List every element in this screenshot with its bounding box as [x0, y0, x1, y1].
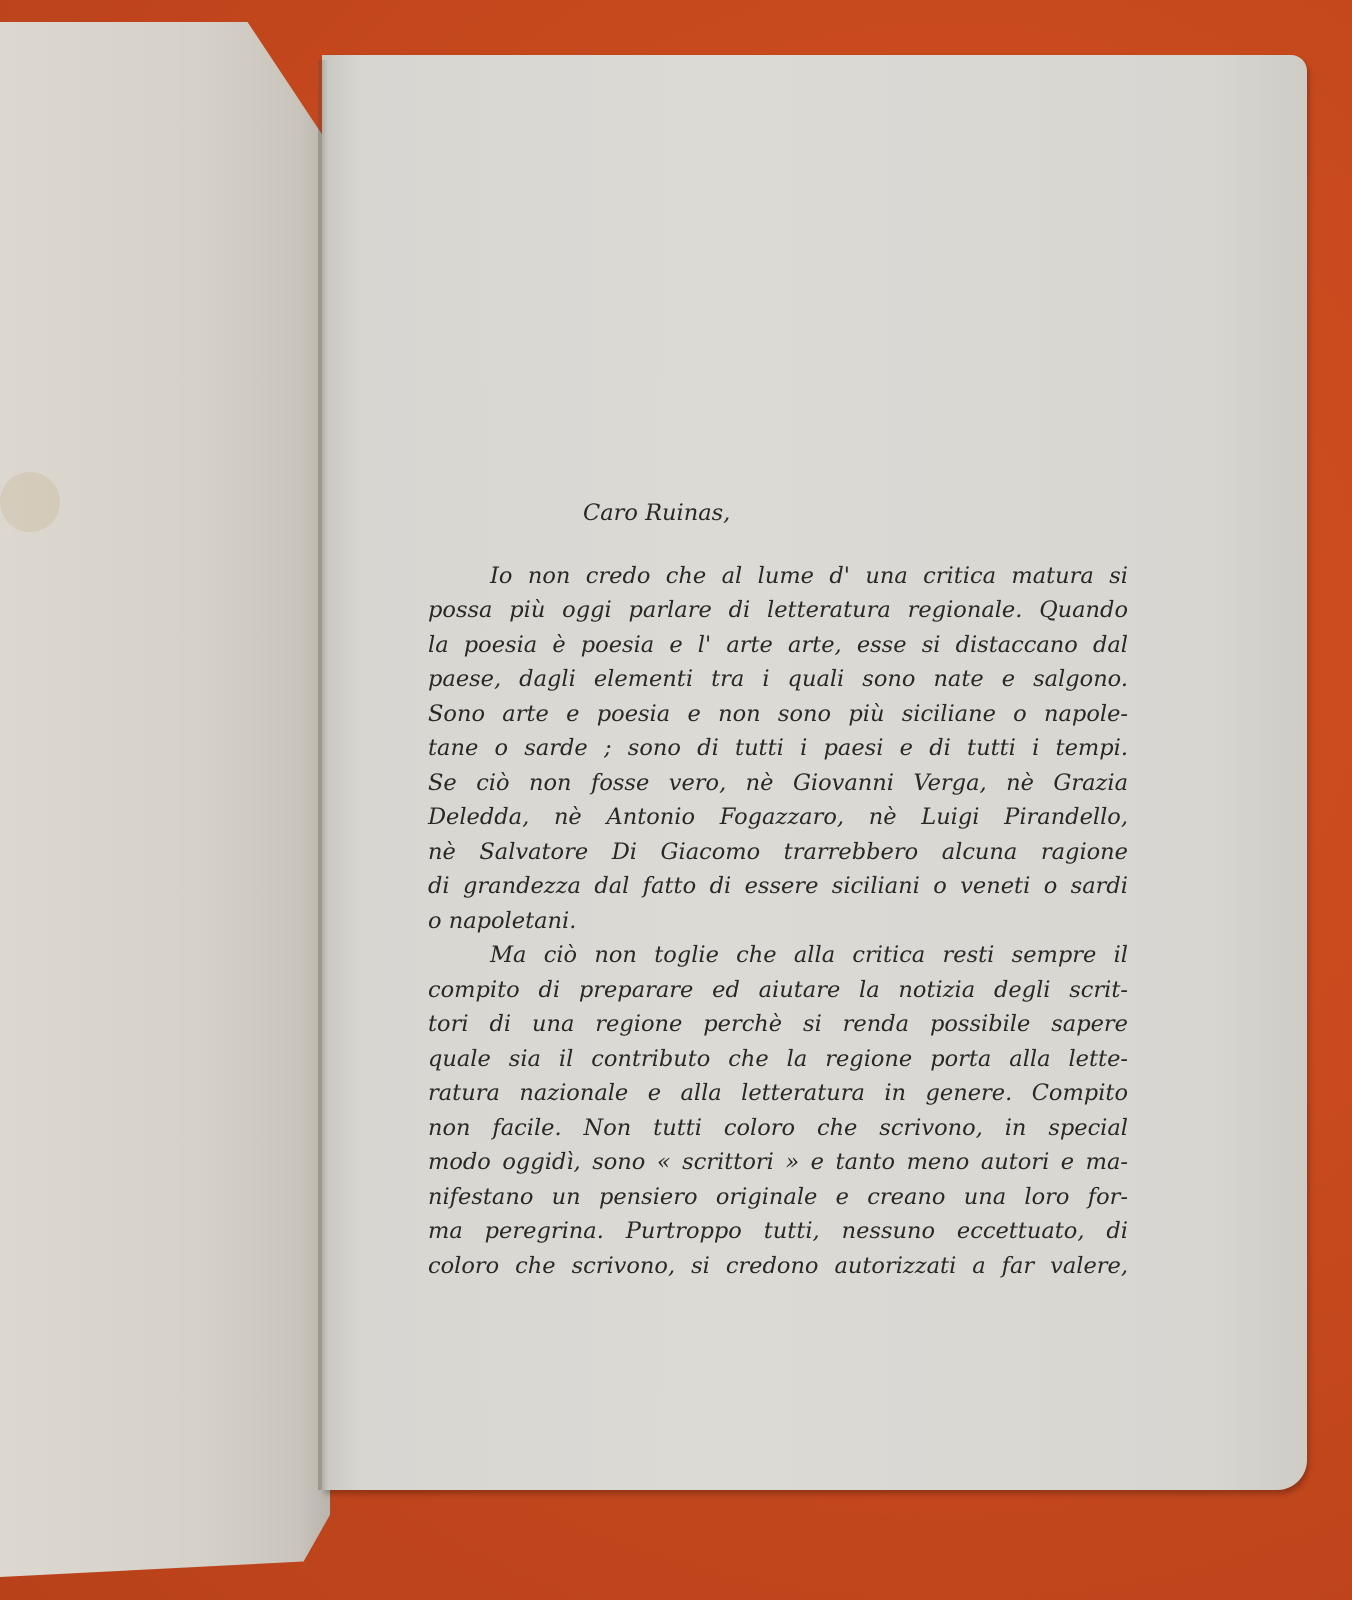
- text-line: Io non credo che al lume d' una critica …: [428, 559, 1128, 594]
- letter-text: Caro Ruinas, Io non credo che al lume d'…: [428, 496, 1128, 1283]
- text-line: non facile. Non tutti coloro che scrivon…: [428, 1111, 1128, 1146]
- salutation: Caro Ruinas,: [583, 496, 1128, 531]
- paragraph-2: Ma ciò non toglie che alla critica resti…: [428, 938, 1128, 1283]
- text-line: compito di preparare ed aiutare la notiz…: [428, 973, 1128, 1008]
- text-line: nè Salvatore Di Giacomo trarrebbero alcu…: [428, 835, 1128, 870]
- text-line: paese, dagli elementi tra i quali sono n…: [428, 662, 1128, 697]
- text-line: Deledda, nè Antonio Fogazzaro, nè Luigi …: [428, 800, 1128, 835]
- paper-stain: [0, 472, 60, 532]
- text-line: nifestano un pensiero originale e creano…: [428, 1180, 1128, 1215]
- left-page: [0, 22, 330, 1577]
- text-line: tane o sarde ; sono di tutti i paesi e d…: [428, 731, 1128, 766]
- text-line: la poesia è poesia e l' arte arte, esse …: [428, 628, 1128, 663]
- book-spine: [318, 60, 328, 1490]
- paragraph-1: Io non credo che al lume d' una critica …: [428, 559, 1128, 939]
- text-line: quale sia il contributo che la regione p…: [428, 1042, 1128, 1077]
- text-line: ratura nazionale e alla letteratura in g…: [428, 1076, 1128, 1111]
- text-line: modo oggidì, sono « scrittori » e tanto …: [428, 1145, 1128, 1180]
- text-line: ma peregrina. Purtroppo tutti, nessuno e…: [428, 1214, 1128, 1249]
- text-line: di grandezza dal fatto di essere sicilia…: [428, 869, 1128, 904]
- text-line: Se ciò non fosse vero, nè Giovanni Verga…: [428, 766, 1128, 801]
- text-line: Sono arte e poesia e non sono più sicili…: [428, 697, 1128, 732]
- text-line: coloro che scrivono, si credono autorizz…: [428, 1249, 1128, 1284]
- text-line: tori di una regione perchè si renda poss…: [428, 1007, 1128, 1042]
- text-line: o napoletani.: [428, 904, 1128, 939]
- text-line: possa più oggi parlare di letteratura re…: [428, 593, 1128, 628]
- text-line: Ma ciò non toglie che alla critica resti…: [428, 938, 1128, 973]
